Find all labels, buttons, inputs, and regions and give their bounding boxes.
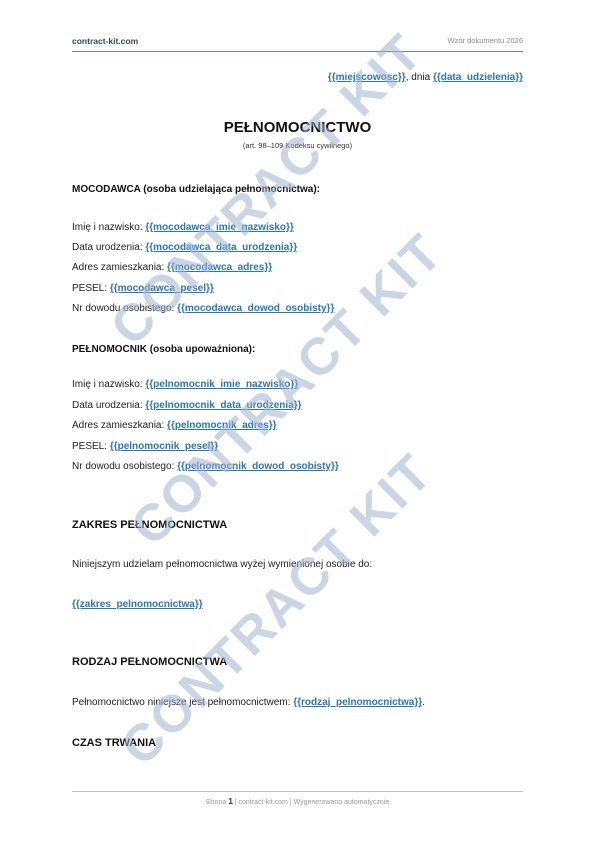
principal-field-id-card: Nr dowodu osobistego: {{mocodawca_dowod_… (72, 303, 334, 314)
principal-field-birthdate: Data urodzenia: {{mocodawca_data_urodzen… (72, 242, 297, 253)
brand-name: contract-kit.com (72, 36, 138, 46)
field-value[interactable]: {{mocodawca_pesel}} (110, 283, 214, 294)
type-placeholder[interactable]: {{rodzaj_pelnomocnictwa}} (293, 697, 422, 708)
field-label: Adres zamieszkania: (72, 262, 167, 273)
field-value[interactable]: {{mocodawca_data_urodzenia}} (145, 242, 297, 253)
field-label: Adres zamieszkania: (72, 420, 167, 431)
type-suffix: . (422, 697, 425, 708)
field-label: Data urodzenia: (72, 242, 145, 253)
field-label: PESEL: (72, 441, 110, 452)
field-label: PESEL: (72, 283, 110, 294)
field-value[interactable]: {{pelnomocnik_data_urodzenia}} (145, 400, 301, 411)
scope-placeholder[interactable]: {{zakres_pelnomocnictwa}} (72, 599, 203, 610)
field-value[interactable]: {{mocodawca_adres}} (167, 262, 272, 273)
principal-field-pesel: PESEL: {{mocodawca_pesel}} (72, 283, 214, 294)
field-value[interactable]: {{pelnomocnik_imie_nazwisko}} (145, 379, 298, 390)
field-label: Data urodzenia: (72, 400, 145, 411)
field-value[interactable]: {{pelnomocnik_adres}} (167, 420, 277, 431)
field-value[interactable]: {{mocodawca_imie_nazwisko}} (145, 222, 293, 233)
principal-heading: MOCODAWCA (osoba udzielająca pełnomocnic… (72, 184, 320, 195)
header-divider (72, 51, 523, 52)
scope-value-line: {{zakres_pelnomocnictwa}} (72, 599, 203, 610)
footer-page-prefix: Strona (206, 799, 229, 806)
page-header: contract-kit.com Wzór dokumentu 2026 (72, 36, 523, 50)
page-footer: Strona 1 | contract-kit.com | Wygenerowa… (0, 797, 595, 806)
field-label: Imię i nazwisko: (72, 222, 145, 233)
type-heading: RODZAJ PEŁNOMOCNICTWA (72, 656, 227, 668)
footer-text: | contract-kit.com | Wygenerowano automa… (233, 799, 389, 806)
footer-divider (72, 791, 523, 792)
principal-field-name: Imię i nazwisko: {{mocodawca_imie_nazwis… (72, 222, 294, 233)
place-date-line: {{miejscowosc}}, dnia {{data_udzielenia}… (328, 72, 523, 83)
attorney-field-id-card: Nr dowodu osobistego: {{pelnomocnik_dowo… (72, 461, 339, 472)
date-placeholder[interactable]: {{data_udzielenia}} (433, 72, 523, 83)
attorney-heading: PEŁNOMOCNIK (osoba upoważniona): (72, 344, 255, 355)
watermark: CONTRACT KIT (109, 442, 444, 777)
document-label: Wzór dokumentu 2026 (448, 36, 523, 45)
field-label: Nr dowodu osobistego: (72, 461, 177, 472)
principal-field-address: Adres zamieszkania: {{mocodawca_adres}} (72, 262, 272, 273)
duration-heading: CZAS TRWANIA (72, 737, 156, 749)
field-value[interactable]: {{pelnomocnik_dowod_osobisty}} (177, 461, 339, 472)
place-placeholder[interactable]: {{miejscowosc}} (328, 72, 406, 83)
field-label: Imię i nazwisko: (72, 379, 145, 390)
document-subtitle: (art. 98–109 Kodeksu cywilnego) (0, 141, 595, 150)
type-line: Pełnomocnictwo niniejsze jest pełnomocni… (72, 697, 425, 708)
attorney-field-pesel: PESEL: {{pelnomocnik_pesel}} (72, 441, 218, 452)
field-value[interactable]: {{pelnomocnik_pesel}} (110, 441, 218, 452)
scope-heading: ZAKRES PEŁNOMOCNICTWA (72, 519, 227, 531)
field-label: Nr dowodu osobistego: (72, 303, 177, 314)
field-value[interactable]: {{mocodawca_dowod_osobisty}} (177, 303, 334, 314)
type-text: Pełnomocnictwo niniejsze jest pełnomocni… (72, 697, 293, 708)
date-separator: , dnia (406, 72, 433, 83)
attorney-field-address: Adres zamieszkania: {{pelnomocnik_adres}… (72, 420, 277, 431)
document-title: PEŁNOMOCNICTWO (0, 119, 595, 136)
attorney-field-birthdate: Data urodzenia: {{pelnomocnik_data_urodz… (72, 400, 302, 411)
attorney-field-name: Imię i nazwisko: {{pelnomocnik_imie_nazw… (72, 379, 298, 390)
scope-text: Niniejszym udzielam pełnomocnictwa wyżej… (72, 559, 372, 570)
